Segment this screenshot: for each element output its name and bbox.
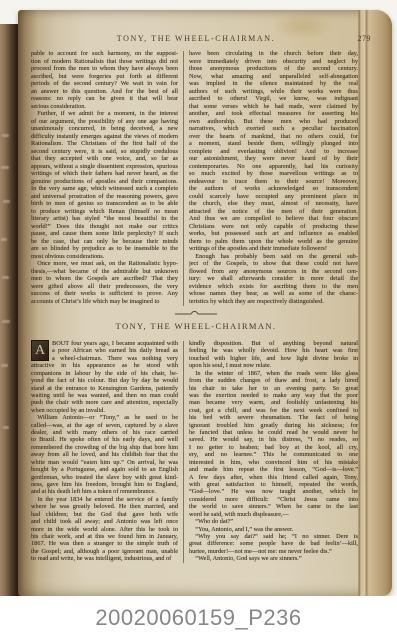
- text-line: had children; but the God that gave both…: [31, 511, 178, 518]
- text-line: narratives, which exerted such a peculia…: [189, 125, 358, 133]
- text-line: of our argument, the possibility of any …: [31, 118, 178, 126]
- text-line: and at his death left him a token of rem…: [31, 488, 178, 495]
- text-line: away from all he loved, and his childish…: [31, 451, 178, 458]
- text-line: yond the fact of his colour. But day by …: [31, 377, 178, 384]
- text-line: writings of which their fathers had neve…: [31, 170, 178, 178]
- text-line: a poor African who earned his daily brea…: [52, 347, 178, 354]
- text-line: accounts of Christ’s life which may be i…: [31, 298, 178, 306]
- text-line: remembered the crowding of the big ship …: [31, 444, 178, 451]
- text-line: second century were, it is said, so stup…: [31, 148, 178, 156]
- text-line: coat, got a chill, and was for the next …: [189, 407, 358, 414]
- text-line: he fancied that unless he could read he …: [189, 429, 358, 436]
- text-line: kindly disposition. But of anything beyo…: [189, 340, 358, 347]
- text-line: be the case, that can only be because th…: [31, 238, 178, 246]
- text-line: ness, gave him his freedom, brought him …: [31, 481, 178, 488]
- text-line: his chair work, and at this we found him…: [31, 533, 178, 540]
- text-line: “God—love.” He was now taught another, w…: [189, 488, 358, 495]
- article-1-right-column: have been circulating in the church befo…: [189, 50, 358, 306]
- text-line: William Antonio—or “Tony,” as he used to…: [31, 414, 178, 421]
- text-line: “You, Antonio, and I,” was the answer.: [189, 526, 358, 533]
- text-line: was the exertion needed to make any way …: [189, 392, 358, 399]
- text-line: attracted the notice of the men of their…: [189, 208, 358, 216]
- text-line: and child took all away; and Antonio was…: [31, 518, 178, 525]
- text-line: contemporaries. No one apparently, had h…: [189, 163, 358, 171]
- text-line: most obvious considerations.: [31, 253, 178, 261]
- text-line: considered more difficult: “Christ Jesus…: [189, 496, 358, 503]
- text-line: In the very same age, which witnessed su…: [31, 185, 178, 193]
- text-line: stand at the entrance to Kensington Gard…: [31, 385, 178, 392]
- text-line: writings of the apostles and their immed…: [189, 245, 358, 253]
- facing-page-text-fragment: [1, 238, 7, 241]
- text-line: upon his soul, I must now relate.: [189, 362, 358, 369]
- text-line: were immediately driven into obscurity a…: [189, 58, 358, 66]
- text-line: when occupied by an invalid.: [31, 407, 178, 414]
- text-line: Rationalism. The Christians of the first…: [31, 140, 178, 148]
- text-line: that some verses which he had made, were…: [189, 103, 358, 111]
- text-line: to Brazil. He spoke often of his early d…: [31, 436, 178, 443]
- text-line: attractive in his appearance as he stood…: [31, 362, 178, 369]
- text-line: more in the wide world alone. After this…: [31, 526, 178, 533]
- text-line: literary artist) has styled “the most be…: [31, 215, 178, 223]
- facing-page-text-fragment: [2, 134, 9, 137]
- text-line: to produce writings which Renan (himself…: [31, 208, 178, 216]
- text-line: were gifted above all their predecessors…: [31, 283, 178, 291]
- text-line: white man would “eaten him up.” On arriv…: [31, 459, 178, 466]
- text-line: gentleman, who treated the slave boy wit…: [31, 474, 178, 481]
- facing-page-text-fragment: [1, 364, 8, 367]
- text-line: unanimously concurred, in being deceived…: [31, 125, 178, 133]
- text-line: companions in labour by the side of his …: [31, 370, 178, 377]
- text-line: and universal prostration of the reasoni…: [31, 193, 178, 201]
- text-line: word he said, with much displeasure,—: [189, 511, 358, 518]
- page-number: 279: [358, 34, 372, 43]
- facing-page-text-fragment: [2, 276, 9, 279]
- text-line: ascribed to others! Virgil, we know, was…: [189, 95, 358, 103]
- article-2: A BOUT four years ago, I became acquaint…: [31, 340, 358, 563]
- text-line: BOUT four years ago, I became acquainted…: [52, 340, 178, 347]
- facing-page-text-fragment: [3, 426, 9, 429]
- text-line: and made him repeat the first lesson, “G…: [189, 466, 358, 473]
- text-line: bought by a Portuguese, and again sold t…: [31, 466, 178, 473]
- text-line: have been circulating in the church befo…: [189, 50, 358, 58]
- text-line: tion of modern Rationalists that those w…: [31, 58, 178, 66]
- text-line: the church, else they must, almost of ne…: [189, 200, 358, 208]
- text-line: with great satisfaction to himself, repe…: [189, 481, 358, 488]
- text-line: And thus we are compelled to believe tha…: [189, 215, 358, 223]
- text-line: world!” Does this thought not make our c…: [31, 223, 178, 231]
- text-line: authors of such writings, while their wo…: [189, 88, 358, 96]
- section-divider-ornament: [31, 310, 361, 317]
- text-line: proceed from the men to whom they have a…: [31, 65, 178, 73]
- text-line: over the hearts of mankind, that no othe…: [189, 133, 358, 141]
- article-1: pable to account for such harmony, on th…: [31, 50, 358, 306]
- text-line: was implied in the silence maintained by…: [189, 80, 358, 88]
- text-line: I no getter to heaben; bad boy at the ko…: [189, 444, 358, 451]
- text-line: another, and took effectual measures for…: [189, 110, 358, 118]
- text-line: pause, and cause them some little perple…: [31, 230, 178, 238]
- text-line: birth to men of genius so transcendent a…: [31, 200, 178, 208]
- text-line: feeling he was wholly devoid. How his he…: [189, 347, 358, 354]
- book-page: TONY, THE WHEEL-CHAIRMAN. 279 pable to a…: [18, 10, 392, 596]
- text-line: from the sudden changes of thaw and fros…: [189, 377, 358, 384]
- text-line: that they accepted with one voice, and, …: [31, 155, 178, 163]
- text-line: interested in him, who convinced him of …: [189, 459, 358, 466]
- text-line: whose names they bear, as well as some o…: [189, 290, 358, 298]
- scan-label-strip: 20020060159_P236: [0, 596, 397, 640]
- text-line: “Well, Antonio, God says we are sinners.…: [189, 555, 358, 562]
- scan-label: 20020060159_P236: [0, 605, 397, 631]
- text-line: so much excited by those marvellous writ…: [189, 170, 358, 178]
- text-line: the Gospel; and, although a poor ignoran…: [31, 548, 178, 555]
- text-line: a moment, stand beside them, willingly p…: [189, 140, 358, 148]
- text-line: endeavour to trace them to their source!…: [189, 178, 358, 186]
- text-line: thesis,—what became of the admirable but…: [31, 268, 178, 276]
- text-line: 1867. He was then a stranger to the simp…: [31, 540, 178, 547]
- text-line: his chair to take her to an evening part…: [189, 385, 358, 392]
- text-line: serious consideration.: [31, 103, 178, 111]
- text-line: tury: we shall afterwards consider in mo…: [189, 275, 358, 283]
- text-line: called—was, at the age of seven, capture…: [31, 422, 178, 429]
- text-line: own authorship. But these men who had pr…: [189, 118, 358, 126]
- text-line: the authors of works acknowledged so tra…: [189, 185, 358, 193]
- text-line: pable to account for such harmony, on th…: [31, 50, 178, 58]
- text-line: ascribed, but were forgeries put forth a…: [31, 73, 178, 81]
- running-header: TONY, THE WHEEL-CHAIRMAN.: [31, 34, 361, 43]
- facing-page-text-fragment: [1, 166, 9, 169]
- text-line: In the winter of 1867, when the roads we…: [189, 370, 358, 377]
- drop-cap: A: [31, 340, 49, 361]
- text-line: success of their works is sufficient to …: [31, 290, 178, 298]
- text-line: reasons: no reply can be given it that w…: [31, 95, 178, 103]
- article-2-left-column: A BOUT four years ago, I became acquaint…: [31, 340, 178, 563]
- facing-page-text-fragment: [2, 320, 10, 323]
- page-content: TONY, THE WHEEL-CHAIRMAN. 279 pable to a…: [31, 10, 371, 596]
- section-heading: TONY, THE WHEEL-CHAIRMAN.: [31, 321, 361, 331]
- column-divider-rule: [183, 51, 184, 306]
- text-line: touched with higher life, and how light …: [189, 355, 358, 362]
- text-line: Enough has probably been said on the gen…: [189, 253, 358, 261]
- text-line: men to whom the Gospels are ascribed? Th…: [31, 275, 178, 283]
- text-line: push the chair with more care and attent…: [31, 399, 178, 406]
- text-line: are so blinded by prejudice as to be ins…: [31, 245, 178, 253]
- text-line: difficulty instantly emerges against the…: [31, 133, 178, 141]
- text-line: Now, what amazing and unparalleled self-…: [189, 73, 358, 81]
- text-line: A few days after, when this friend calle…: [189, 474, 358, 481]
- text-line: our astonishment, they were never heard …: [189, 155, 358, 163]
- text-line: an answer to this question. And for the …: [31, 88, 178, 96]
- text-line: Further, if we admit for a moment, in th…: [31, 110, 178, 118]
- text-line: ery, and no learnee.” This he communicat…: [189, 451, 358, 458]
- text-line: Once more, we must ask, on the Rationali…: [31, 260, 178, 268]
- text-line: a wheel-chairman. There was nothing very: [52, 355, 178, 362]
- text-line: appears, without a single dissentient ex…: [31, 163, 178, 171]
- column-divider-rule: [183, 341, 184, 563]
- text-line: hurtee, murder!—not me—not me: me never …: [189, 548, 358, 555]
- facing-page-text-fragment: [3, 200, 10, 203]
- text-line: great difference: some people have de ba…: [189, 540, 358, 547]
- text-line: complete and everlasting oblivion! And t…: [189, 148, 358, 156]
- text-line: evidence which exists for ascribing them…: [189, 283, 358, 291]
- text-line: teristics by which they are respectively…: [189, 298, 358, 306]
- text-line: “Why you say dat?” said he; “I no sinner…: [189, 533, 358, 540]
- text-line: his bed with severe rheumatism. The fact…: [189, 414, 358, 421]
- text-line: periods of the second century? We wait i…: [31, 80, 178, 88]
- text-line: waiting until he was wanted, and then no…: [31, 392, 178, 399]
- text-line: to read and write, he was intelligent, i…: [31, 555, 178, 562]
- text-line: In the year 1834 he entered the service …: [31, 496, 178, 503]
- text-line: those anonymous productions of the secon…: [189, 65, 358, 73]
- text-line: Christians were not only capable of prod…: [189, 223, 358, 231]
- text-line: genuine productions of apostles and thei…: [31, 178, 178, 186]
- text-line: could scarcely have occupied any promine…: [189, 193, 358, 201]
- article-1-left-column: pable to account for such harmony, on th…: [31, 50, 178, 306]
- text-line: flowed from any anonymous sources in the…: [189, 268, 358, 276]
- text-line: the world to save sinners.” When he came…: [189, 503, 358, 510]
- text-line: saved. He would say, in his distress, “I…: [189, 436, 358, 443]
- article-2-right-column: kindly disposition. But of anything beyo…: [189, 340, 358, 563]
- scanned-book-photo: TONY, THE WHEEL-CHAIRMAN. 279 pable to a…: [0, 0, 397, 640]
- text-line: man became very warm, and foolishly unfa…: [189, 399, 358, 406]
- text-line: ignorant troubled him greatly during his…: [189, 422, 358, 429]
- text-line: works, but possessed such art and influe…: [189, 230, 358, 238]
- text-line: where he was greatly beloved. He then ma…: [31, 503, 178, 510]
- text-line: “Who do dat?”: [189, 518, 358, 525]
- text-line: dealer, and with many others of his race…: [31, 429, 178, 436]
- text-line: ject of the Gospels, to show that these …: [189, 260, 358, 268]
- text-line: them to palm them upon the whole world a…: [189, 238, 358, 246]
